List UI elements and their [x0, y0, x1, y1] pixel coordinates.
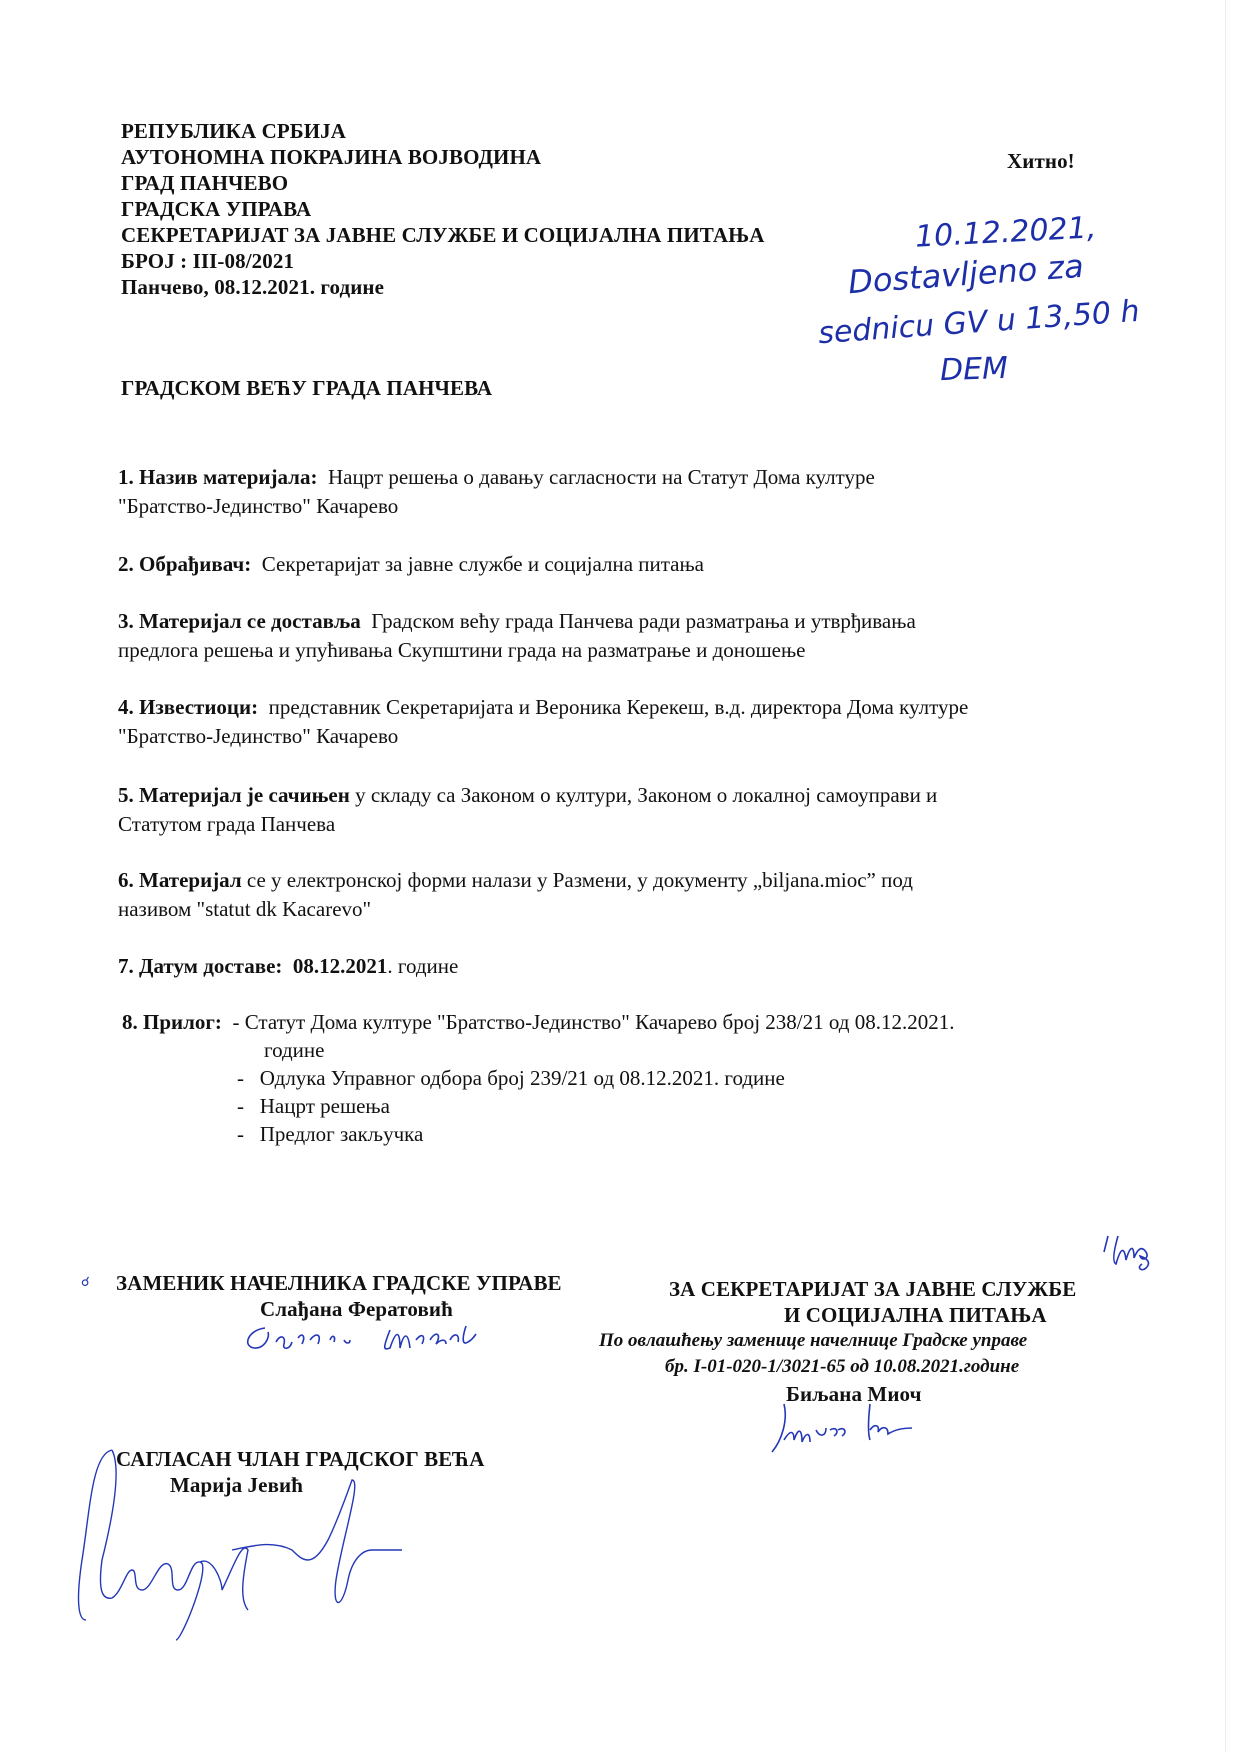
item-material-name: 1. Назив материјала: Нацрт решења о дава…	[118, 463, 875, 521]
item-processor: 2. Обрађивач: Секретаријат за јавне служ…	[118, 550, 704, 579]
item-label: 7. Датум доставе:	[118, 954, 282, 978]
item-label: 5. Материјал је сачињен	[118, 783, 350, 807]
item-text-continued: "Братство-Јединство" Качарево	[118, 722, 968, 751]
bottom-signature	[72, 1440, 472, 1665]
handwritten-initials: DEM	[939, 351, 1008, 388]
item-text: се у електронској форми налази у Размени…	[247, 868, 913, 892]
item-text: представник Секретаријата и Вероника Кер…	[269, 695, 969, 719]
right-signatory-title-2: И СОЦИЈАЛНА ПИТАЊА	[784, 1302, 1047, 1328]
item-text-continued: називом "statut dk Kacarevo"	[118, 895, 913, 924]
header-city: ГРАД ПАНЧЕВО	[121, 170, 765, 196]
attachments-label: 8. Прилог:	[122, 1010, 222, 1034]
left-signature	[240, 1318, 520, 1363]
item-text: Нацрт решења о давању сагласности на Ста…	[328, 465, 875, 489]
item-reporters: 4. Известиоци: представник Секретаријата…	[118, 693, 968, 751]
header-administration: ГРАДСКА УПРАВА	[121, 196, 765, 222]
item-text: Секретаријат за јавне службе и социјална…	[262, 552, 704, 576]
item-text: . године	[387, 954, 458, 978]
attachment-item: - Нацрт решења	[122, 1092, 954, 1120]
scan-edge	[1225, 0, 1226, 1752]
attachment-item: - Предлог закључка	[122, 1120, 954, 1148]
document-page: РЕПУБЛИКА СРБИЈА АУТОНОМНА ПОКРАЈИНА ВОЈ…	[0, 0, 1240, 1752]
recipient-heading: ГРАДСКОМ ВЕЋУ ГРАДА ПАНЧЕВА	[121, 375, 492, 401]
handwritten-session: sednicu GV u 13,50 h	[817, 294, 1140, 351]
authorization-line-1: По овлашћењу заменице начелнице Градске …	[599, 1330, 1027, 1352]
attachment-item: - Одлука Управног одбора број 239/21 од …	[122, 1064, 954, 1092]
handwritten-delivered: Dostavljeno za	[847, 247, 1085, 301]
left-signatory-title: ЗАМЕНИК НАЧЕЛНИКА ГРАДСКЕ УПРАВЕ	[116, 1270, 562, 1296]
item-label: 2. Обрађивач:	[118, 552, 251, 576]
initials-signature	[1100, 1228, 1180, 1283]
item-label: 6. Материјал	[118, 868, 242, 892]
item-delivered-to: 3. Материјал се доставља Градском већу г…	[118, 607, 916, 665]
right-signature	[770, 1400, 950, 1465]
header-block: РЕПУБЛИКА СРБИЈА АУТОНОМНА ПОКРАЈИНА ВОЈ…	[121, 118, 765, 300]
delivery-date-value: 08.12.2021	[293, 954, 388, 978]
item-compliance: 5. Материјал је сачињен у складу са Зако…	[118, 781, 937, 839]
header-province: АУТОНОМНА ПОКРАЈИНА ВОЈВОДИНА	[121, 144, 765, 170]
handwritten-mark: ☌	[81, 1274, 90, 1290]
header-secretariat: СЕКРЕТАРИЈАТ ЗА ЈАВНЕ СЛУЖБЕ И СОЦИЈАЛНА…	[121, 222, 765, 248]
item-label: 3. Материјал се доставља	[118, 609, 361, 633]
attachment-item: Статут Дома културе "Братство-Јединство"…	[245, 1010, 955, 1034]
header-date: Панчево, 08.12.2021. године	[121, 274, 765, 300]
item-text: у складу са Законом о култури, Законом о…	[355, 783, 937, 807]
attachment-item-continued: године	[122, 1036, 954, 1064]
attachments-section: 8. Прилог: - Статут Дома културе "Братст…	[122, 1008, 954, 1148]
item-electronic-form: 6. Материјал се у електронској форми нал…	[118, 866, 913, 924]
item-label: 4. Известиоци:	[118, 695, 258, 719]
header-number: БРОЈ : III-08/2021	[121, 248, 765, 274]
header-country: РЕПУБЛИКА СРБИЈА	[121, 118, 765, 144]
item-delivery-date: 7. Датум доставе: 08.12.2021. године	[118, 952, 458, 981]
item-text-continued: Статутом града Панчева	[118, 810, 937, 839]
item-text-continued: "Братство-Јединство" Качарево	[118, 492, 875, 521]
item-text: Градском већу града Панчева ради разматр…	[371, 609, 915, 633]
right-signatory-title-1: ЗА СЕКРЕТАРИЈАТ ЗА ЈАВНЕ СЛУЖБЕ	[669, 1276, 1076, 1302]
item-label: 1. Назив материјала:	[118, 465, 317, 489]
urgent-label: Хитно!	[1007, 148, 1075, 174]
item-text-continued: предлога решења и упућивања Скупштини гр…	[118, 636, 916, 665]
authorization-line-2: бр. I-01-020-1/3021-65 од 10.08.2021.год…	[665, 1356, 1019, 1378]
